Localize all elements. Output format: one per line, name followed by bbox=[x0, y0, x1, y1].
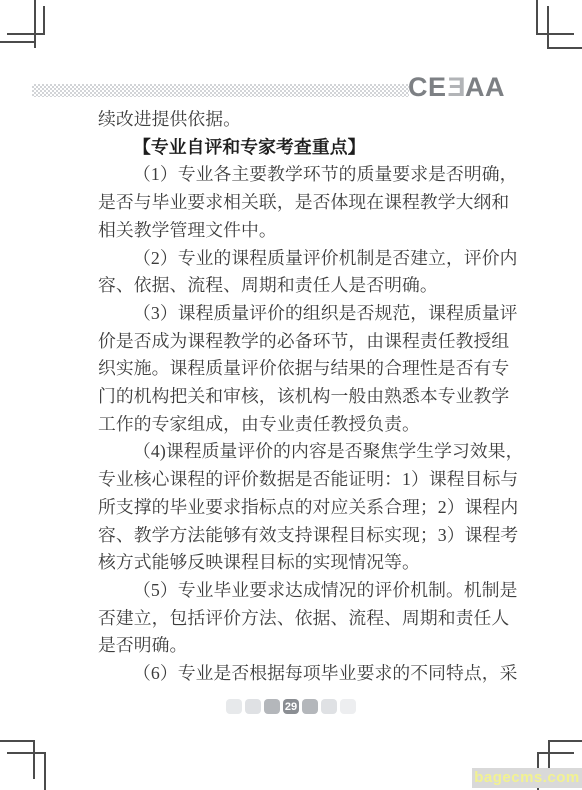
text-line: 价是否成为课程教学的必备环节，由课程责任教授组 bbox=[98, 328, 498, 356]
text-line: （5）专业毕业要求达成情况的评价机制。机制是 bbox=[98, 577, 498, 605]
pager-square bbox=[340, 699, 356, 714]
crop-mark-bottom-left bbox=[7, 752, 45, 754]
text-line: （1）专业各主要教学环节的质量要求是否明确， bbox=[98, 161, 498, 189]
text-line: （6）专业是否根据每项毕业要求的不同特点，采 bbox=[98, 660, 498, 688]
crop-mark-bottom-left bbox=[0, 740, 35, 742]
pager-square bbox=[321, 699, 337, 714]
watermark: bagecms.com bbox=[472, 768, 582, 788]
section-heading: 【专业自评和专家考查重点】 bbox=[98, 134, 498, 162]
text-line: 工作的专家组成，由专业责任教授负责。 bbox=[98, 411, 498, 439]
text-line: 是否与毕业要求相关联，是否体现在课程教学大纲和 bbox=[98, 189, 498, 217]
crop-mark-top-right bbox=[536, 0, 538, 34]
header-hatch-band bbox=[32, 84, 409, 97]
crop-mark-top-left bbox=[7, 33, 45, 35]
text-line: 相关教学管理文件中。 bbox=[98, 217, 498, 245]
pager-square bbox=[264, 699, 280, 714]
text-line: 续改进提供依据。 bbox=[98, 106, 498, 134]
logo-aa: AA bbox=[465, 72, 505, 102]
crop-mark-bottom-left bbox=[44, 752, 46, 790]
text-line: 容、教学方法能够有效支持课程目标实现；3）课程考 bbox=[98, 522, 498, 550]
crop-mark-top-right bbox=[547, 47, 582, 49]
crop-mark-top-right bbox=[547, 6, 549, 48]
pager-square bbox=[302, 699, 318, 714]
pager-square bbox=[226, 699, 242, 714]
watermark-text: bagecms.com bbox=[474, 769, 580, 786]
text-line: 否建立，包括评价方法、依据、流程、周期和责任人 bbox=[98, 605, 498, 633]
text-line: （4)课程质量评价的内容是否聚焦学生学习效果， bbox=[98, 438, 498, 466]
crop-mark-bottom-left bbox=[33, 740, 35, 779]
text-line: 容、依据、流程、周期和责任人是否明确。 bbox=[98, 272, 498, 300]
text-line: 核方式能够反映课程目标的实现情况等。 bbox=[98, 549, 498, 577]
text-line: 所支撑的毕业要求指标点的对应关系合理；2）课程内 bbox=[98, 494, 498, 522]
text-line: 是否明确。 bbox=[98, 632, 498, 660]
logo-reversed-e: E bbox=[447, 74, 466, 101]
text-line: （3）课程质量评价的组织是否规范，课程质量评 bbox=[98, 300, 498, 328]
crop-mark-top-left bbox=[0, 41, 36, 43]
crop-mark-bottom-right bbox=[537, 752, 574, 754]
text-block: 续改进提供依据。【专业自评和专家考查重点】（1）专业各主要教学环节的质量要求是否… bbox=[98, 106, 498, 688]
logo-ce: CE bbox=[408, 72, 447, 102]
scanned-book-page: { "header": { "logo": { "ce": "CE", "rev… bbox=[0, 0, 582, 790]
page-number-pager: 29 bbox=[226, 699, 356, 714]
crop-mark-top-left bbox=[43, 6, 45, 34]
text-line: 专业核心课程的评价数据是否能证明：1）课程目标与 bbox=[98, 466, 498, 494]
ceeaa-logo: CEEAA bbox=[408, 74, 505, 101]
text-line: 织实施。课程质量评价依据与结果的合理性是否有专 bbox=[98, 355, 498, 383]
text-line: 门的机构把关和审核，该机构一般由熟悉本专业教学 bbox=[98, 383, 498, 411]
pager-square bbox=[245, 699, 261, 714]
current-page-number: 29 bbox=[283, 699, 299, 714]
text-line: （2）专业的课程质量评价机制是否建立，评价内 bbox=[98, 245, 498, 273]
crop-mark-top-right bbox=[536, 33, 574, 35]
crop-mark-bottom-right bbox=[548, 740, 582, 742]
